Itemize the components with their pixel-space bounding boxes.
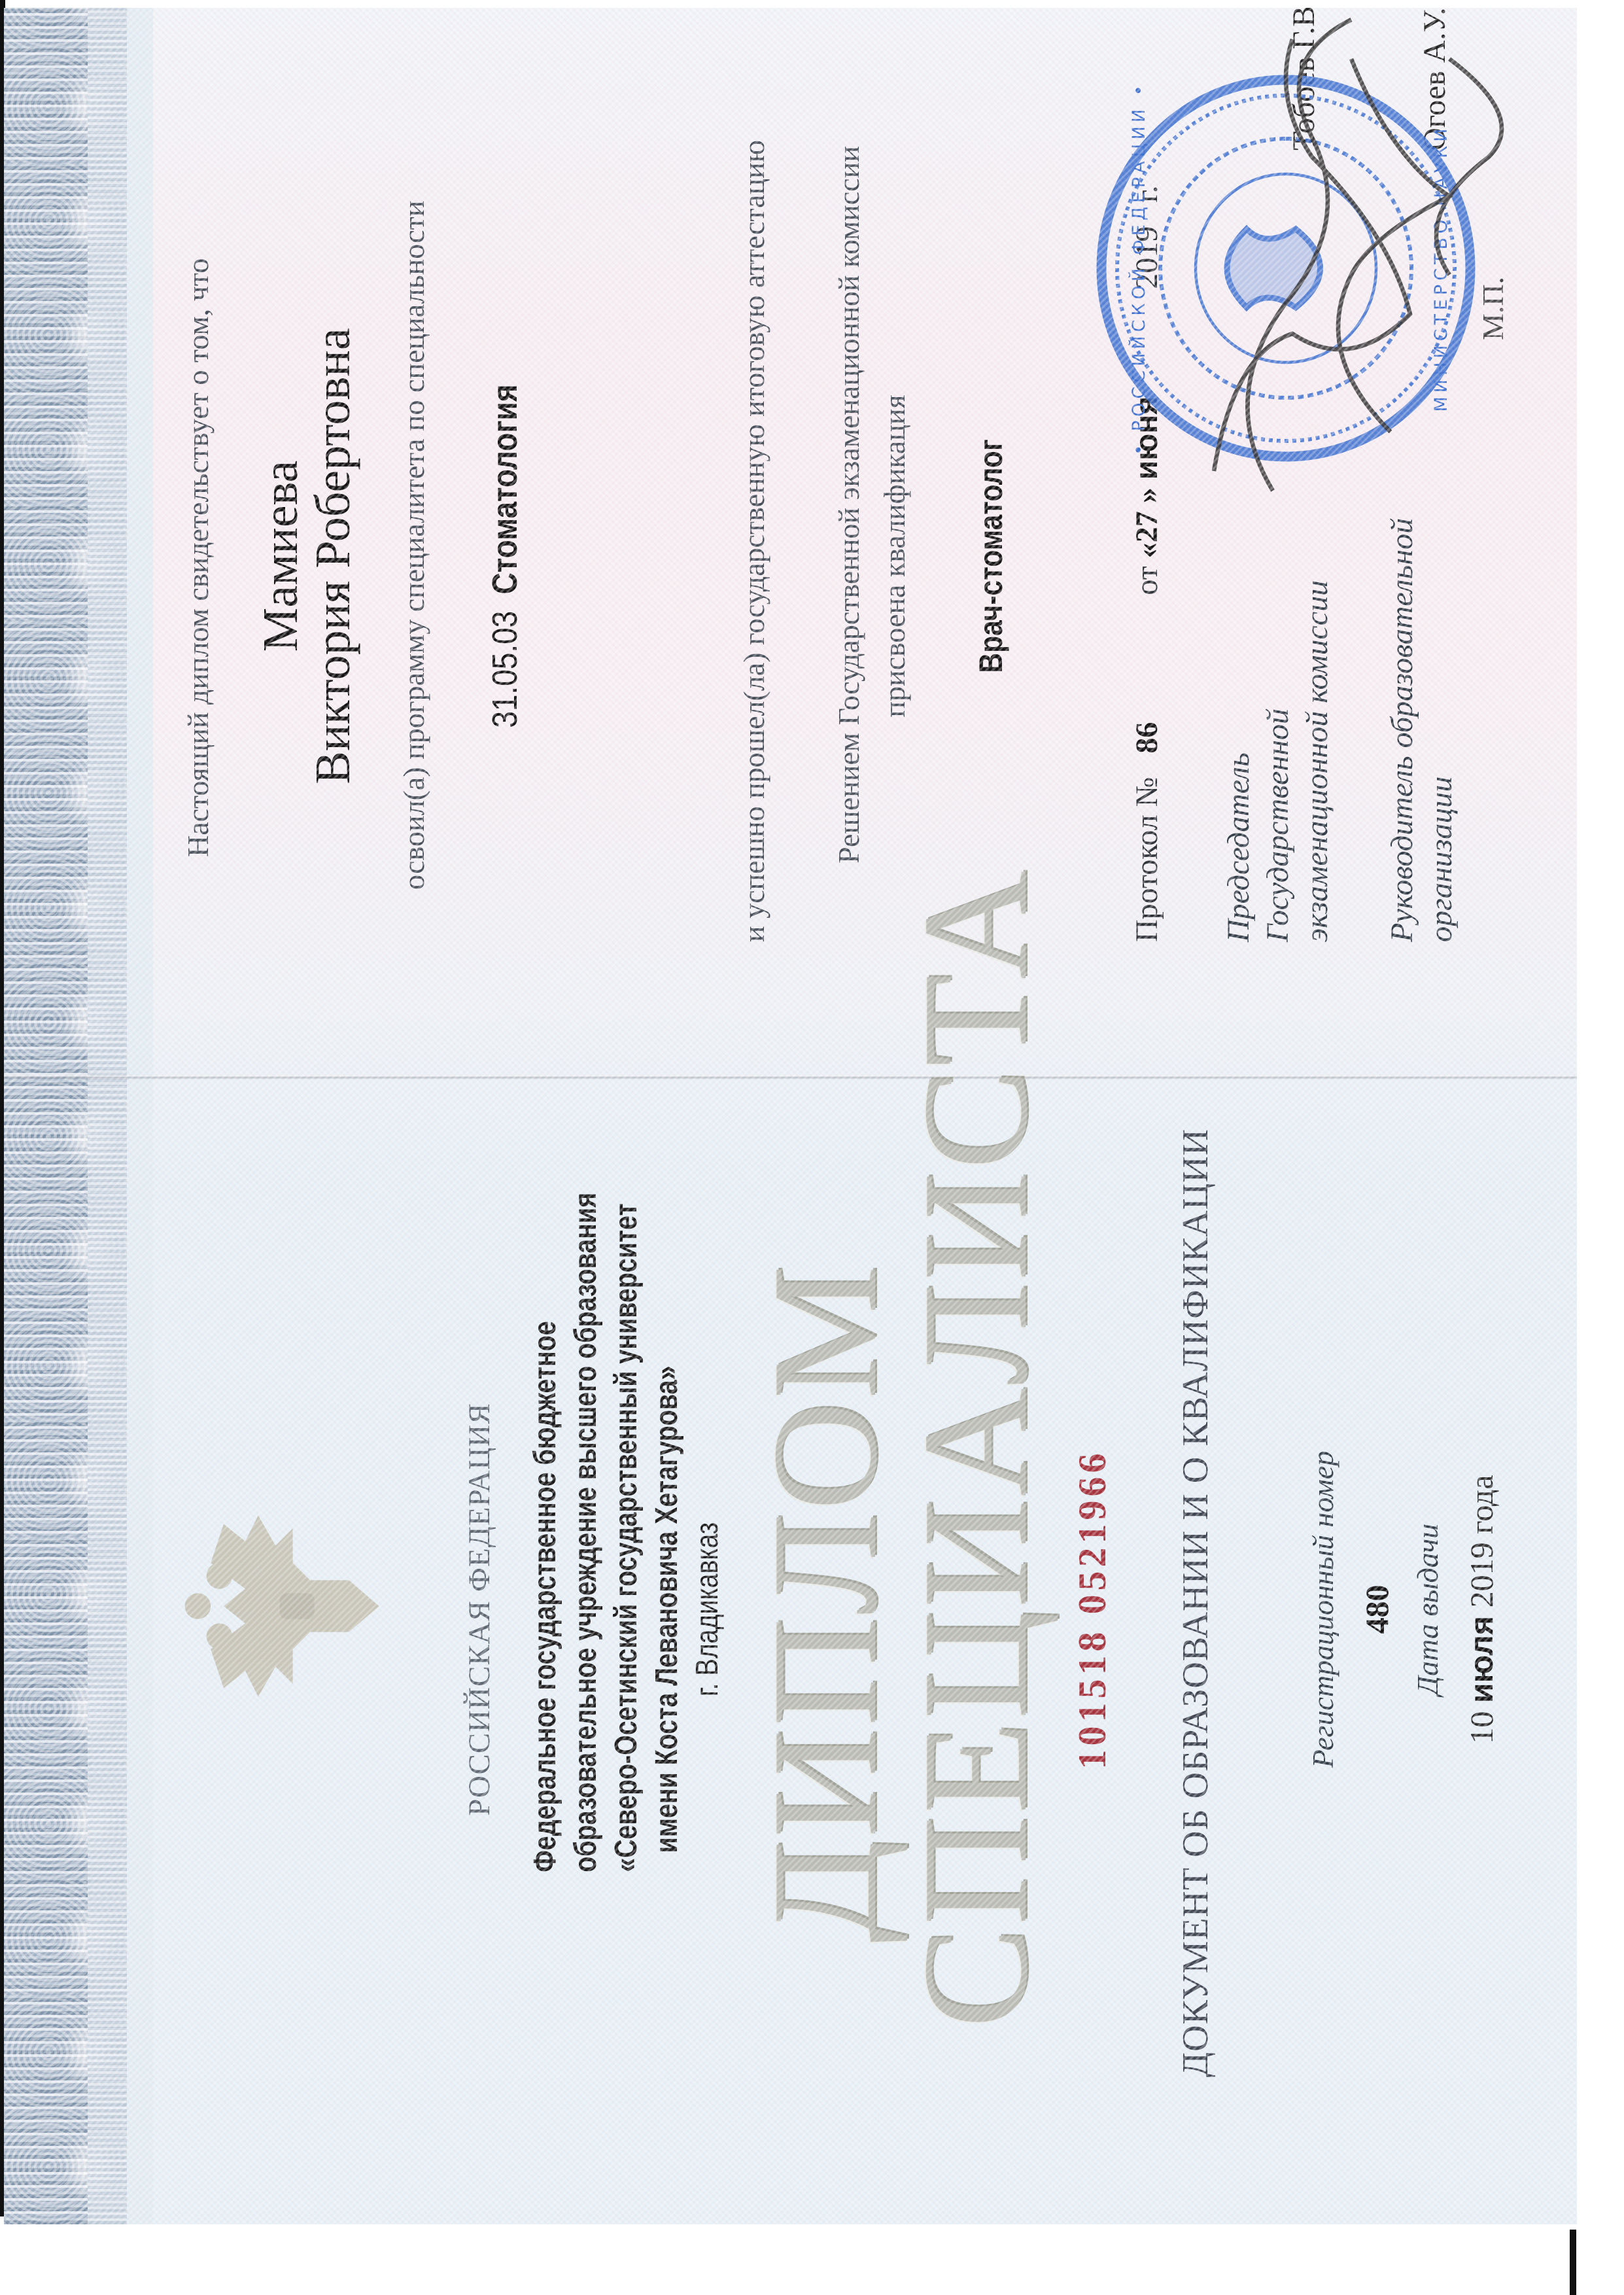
inner-border-strip [127, 8, 153, 2224]
protocol-number: 86 [1130, 722, 1164, 754]
issue-date-label: Дата выдачи [1410, 1289, 1445, 1930]
institution-line: «Северо-Осетинский государственный униве… [608, 1346, 644, 1872]
protocol-label: Протокол № [1130, 777, 1164, 942]
issue-year-suffix: года [1463, 1475, 1500, 1533]
chair-label: экзаменационной комиссии [1299, 580, 1335, 942]
registration-label: Регистрационный номер [1305, 1289, 1340, 1930]
handwritten-signatures [1149, 8, 1554, 550]
program-text: освоил(а) программу специалитета по спец… [396, 201, 431, 890]
serial-number: 101518 0521966 [1070, 1289, 1115, 1930]
attestation-text: и успешно прошел(ла) государственную ито… [736, 140, 771, 942]
student-surname: Мамиева [252, 131, 309, 981]
head-label: организации [1423, 777, 1459, 942]
title-specialist: СПЕЦИАЛИСТА [900, 1178, 1050, 2028]
chair-label: Председатель [1220, 752, 1256, 942]
qualification-assigned-text: присвоена квалификация [877, 131, 912, 981]
institution-line: образовательное учреждение высшего образ… [568, 1346, 604, 1872]
issue-day: 10 [1463, 1711, 1500, 1744]
qualification: Врач-стоматолог [972, 195, 1010, 918]
decision-text: Решением Государственной экзаменационной… [831, 146, 866, 864]
issue-year: 2019 [1463, 1542, 1500, 1607]
svg-text:• РОССИЙСКОЙ ФЕДЕРАЦИИ •: • РОССИЙСКОЙ ФЕДЕРАЦИИ • [1128, 81, 1149, 455]
chair-label: Государственной [1260, 709, 1296, 942]
document-subtitle: ДОКУМЕНТ ОБ ОБРАЗОВАНИИ И О КВАЛИФИКАЦИИ [1175, 1112, 1217, 2094]
intro-text: Настоящий диплом свидетельствует о том, … [181, 258, 215, 857]
diploma-sheet: РОССИЙСКАЯ ФЕДЕРАЦИЯ Федеральное государ… [4, 8, 1577, 2224]
specialty: 31.05.03 Стоматология [485, 195, 525, 918]
russian-coat-of-arms-icon [181, 1498, 396, 1714]
institution-city: г. Владикавказ [689, 1346, 725, 1872]
scan-edge [1570, 2230, 1576, 2295]
specialty-name: Стоматология [485, 385, 525, 595]
institution-line: Федеральное государственное бюджетное [527, 1346, 563, 1872]
protocol-from: от [1130, 566, 1164, 595]
rotated-document: РОССИЙСКАЯ ФЕДЕРАЦИЯ Федеральное государ… [0, 0, 1624, 2295]
guilloche-border [4, 8, 128, 2224]
issue-date: 10 июля 2019 года [1462, 1289, 1500, 1930]
title-diplom: ДИПЛОМ [750, 1178, 900, 2028]
institution-line: имени Коста Левановича Хетагурова» [649, 1346, 685, 1872]
student-given-names: Виктория Робертовна [305, 131, 362, 981]
fold-line [4, 1076, 1577, 1079]
registration-number: 480 [1358, 1289, 1396, 1930]
specialty-code: 31.05.03 [485, 611, 525, 728]
issue-month: июля [1463, 1616, 1500, 1703]
country-name: РОССИЙСКАЯ ФЕДЕРАЦИЯ [462, 1289, 497, 1930]
head-label: Руководитель образовательной [1384, 518, 1420, 942]
